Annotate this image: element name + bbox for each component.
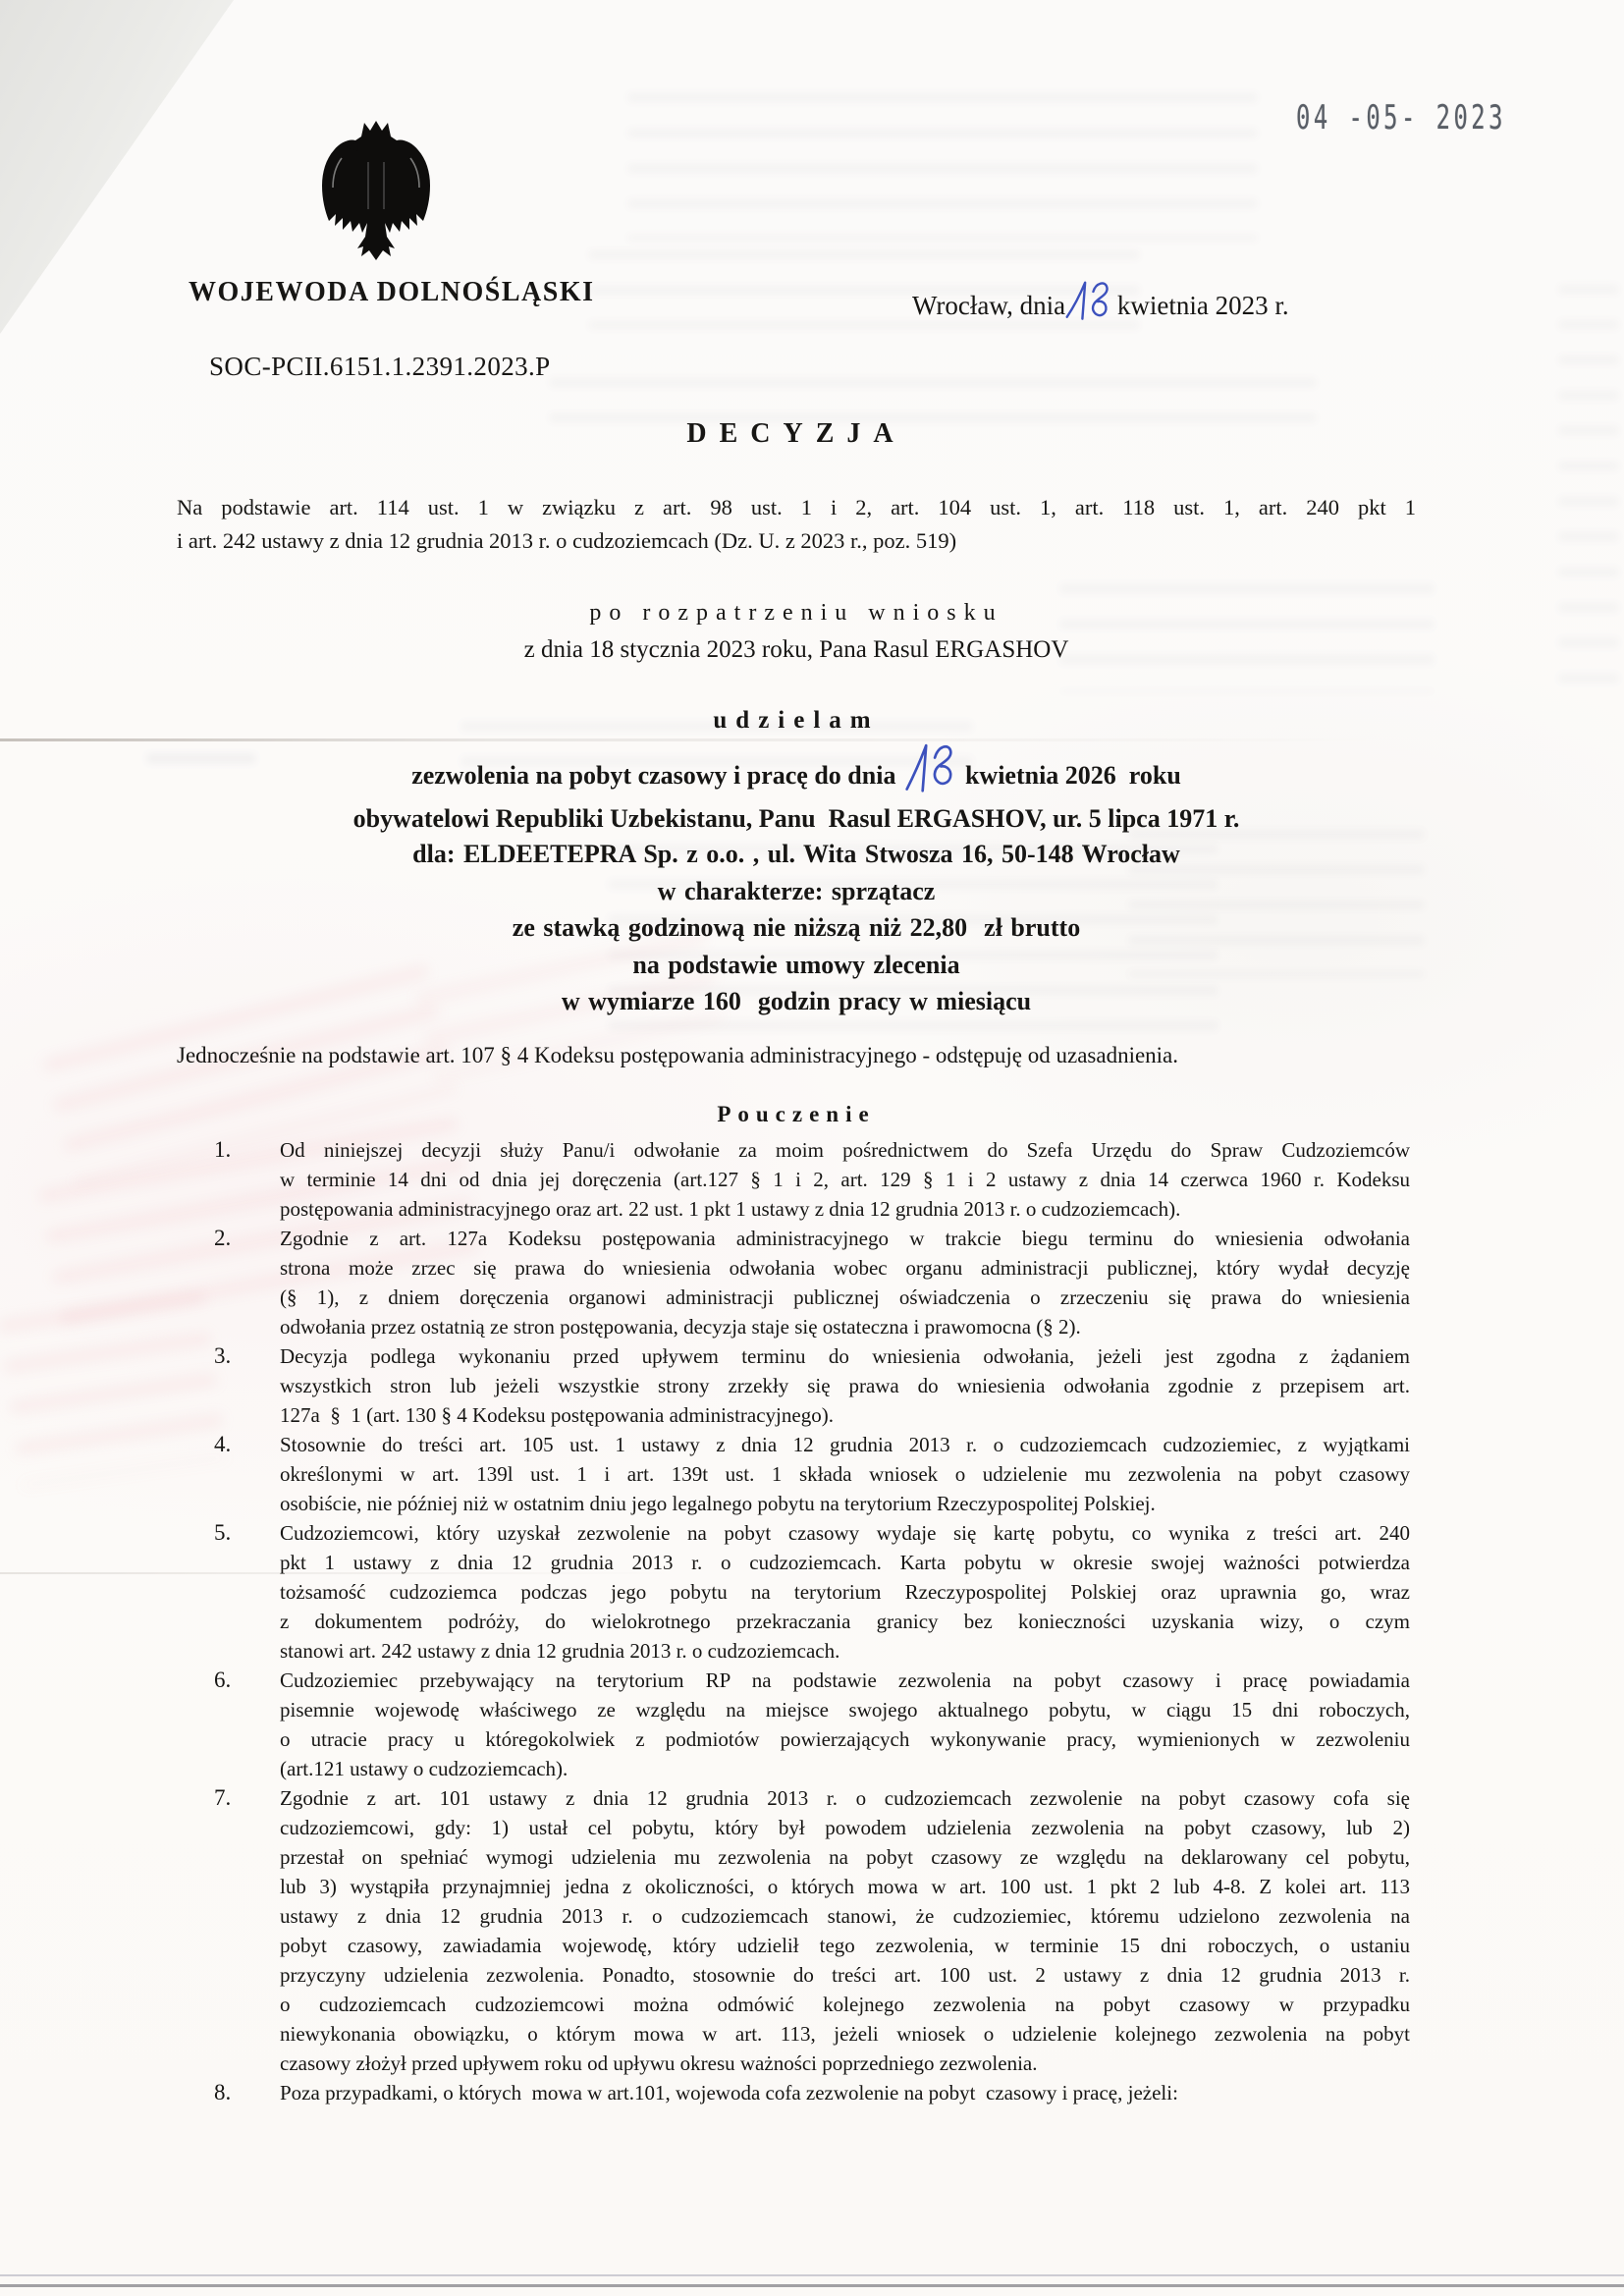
date-received-stamp: 04 -05- 2023 [1296, 98, 1506, 137]
pouczenie-item: 6.Cudzoziemiec przebywający na terytoriu… [214, 1666, 1410, 1783]
item-text: Cudzoziemiec przebywający na terytorium … [280, 1666, 1410, 1783]
item-number: 7. [214, 1783, 280, 2078]
justification-waiver-line: Jednocześnie na podstawie art. 107 § 4 K… [177, 1043, 1416, 1068]
hours-line: w wymiarze 160 godzin pracy w miesiącu [177, 983, 1416, 1020]
work-conditions-block: dla: ELDEETEPRA Sp. z o.o. , ul. Wita St… [177, 836, 1416, 1020]
item-text: Od niniejszej decyzji służy Panu/i odwoł… [280, 1135, 1410, 1224]
paper-bottom-edge [0, 2274, 1624, 2276]
bleedthrough-artifact [628, 93, 1257, 241]
place-and-date-line: Wrocław, dnia kwietnia 2023 r. [912, 277, 1289, 328]
grant-block: udzielam zezwolenia na pobyt czasowy i p… [177, 703, 1416, 837]
application-line: z dnia 18 stycznia 2023 roku, Pana Rasul… [177, 631, 1416, 668]
bleedthrough-artifact [1559, 285, 1618, 697]
polish-eagle-emblem-icon [312, 118, 440, 265]
pouczenie-item: 7.Zgodnie z art. 101 ustawy z dnia 12 gr… [214, 1783, 1410, 2078]
stamp-bleedthrough-artifact [0, 1292, 227, 1487]
legal-basis-paragraph: Na podstawie art. 114 ust. 1 w związku z… [177, 491, 1416, 558]
item-number: 8. [214, 2078, 280, 2107]
place-date-suffix: kwietnia 2023 r. [1110, 291, 1288, 320]
case-reference-number: SOC-PCII.6151.1.2391.2023.P [209, 352, 551, 382]
pouczenie-list: 1.Od niniejszej decyzji służy Panu/i odw… [214, 1135, 1410, 2107]
pouczenie-item: 3.Decyzja podlega wykonaniu przed upływe… [214, 1341, 1410, 1430]
pouczenie-item: 5.Cudzoziemcowi, który uzyskał zezwoleni… [214, 1518, 1410, 1666]
grant-scope-prefix: zezwolenia na pobyt czasowy i pracę do d… [411, 761, 895, 790]
scanned-decision-document: 04 -05- 2023 WOJEWODA DOLNOŚLĄSKI Wrocła… [0, 0, 1624, 2296]
scanner-bottom-edge [0, 2284, 1624, 2287]
beneficiary-line: obywatelowi Republiki Uzbekistanu, Panu … [177, 801, 1416, 837]
pouczenie-item: 1.Od niniejszej decyzji służy Panu/i odw… [214, 1135, 1410, 1224]
pouczenie-item: 2.Zgodnie z art. 127a Kodeksu postępowan… [214, 1224, 1410, 1341]
contract-line: na podstawie umowy zlecenia [177, 947, 1416, 984]
legal-basis-line: i art. 242 ustawy z dnia 12 grudnia 2013… [177, 524, 1416, 558]
item-text: Stosownie do treści art. 105 ust. 1 usta… [280, 1430, 1410, 1518]
decision-title: DECYZJA [177, 418, 1416, 450]
item-number: 2. [214, 1224, 280, 1341]
item-number: 3. [214, 1341, 280, 1430]
pouczenie-heading: Pouczenie [177, 1102, 1416, 1127]
item-number: 5. [214, 1518, 280, 1666]
item-number: 4. [214, 1430, 280, 1518]
place-date-prefix: Wrocław, dnia [912, 291, 1065, 320]
item-number: 6. [214, 1666, 280, 1783]
handwritten-day-ink [1063, 277, 1110, 328]
pouczenie-item: 4.Stosownie do treści art. 105 ust. 1 us… [214, 1430, 1410, 1518]
item-text: Poza przypadkami, o których mowa w art.1… [280, 2078, 1410, 2107]
legal-basis-line: Na podstawie art. 114 ust. 1 w związku z… [177, 491, 1416, 524]
position-line: w charakterze: sprzątacz [177, 873, 1416, 910]
handwritten-day-ink [899, 738, 956, 801]
after-review-block: po rozpatrzeniu wniosku z dnia 18 styczn… [177, 595, 1416, 668]
item-text: Zgodnie z art. 127a Kodeksu postępowania… [280, 1224, 1410, 1341]
grant-scope-line: zezwolenia na pobyt czasowy i pracę do d… [177, 738, 1416, 801]
item-number: 1. [214, 1135, 280, 1224]
item-text: Decyzja podlega wykonaniu przed upływem … [280, 1341, 1410, 1430]
pouczenie-item: 8.Poza przypadkami, o których mowa w art… [214, 2078, 1410, 2107]
wage-line: ze stawką godzinową nie niższą niż 22,80… [177, 909, 1416, 947]
item-text: Cudzoziemcowi, który uzyskał zezwolenie … [280, 1518, 1410, 1666]
after-review-heading: po rozpatrzeniu wniosku [177, 595, 1416, 631]
employer-line: dla: ELDEETEPRA Sp. z o.o. , ul. Wita St… [177, 836, 1416, 873]
grant-scope-suffix: kwietnia 2026 roku [958, 761, 1180, 790]
grant-heading: udzielam [177, 703, 1416, 738]
issuing-authority-title: WOJEWODA DOLNOŚLĄSKI [189, 277, 595, 308]
item-text: Zgodnie z art. 101 ustawy z dnia 12 grud… [280, 1783, 1410, 2078]
